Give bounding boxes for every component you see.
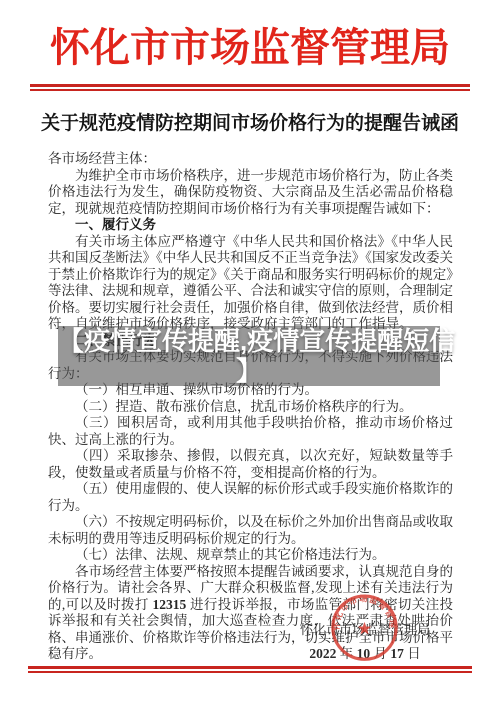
caption-overlay: 【疫情宣传提醒,疫情宣传提醒短信 】 bbox=[58, 326, 440, 386]
signature-block: 怀化市市场监督管理局 2022 年 10 月 17 日 bbox=[295, 619, 435, 662]
footer-divider-thick-line bbox=[28, 666, 472, 669]
footer-divider bbox=[28, 666, 472, 673]
prohibited-item-6: （六）不按规定明码标价，以及在标价之外加价出售商品或收取未标明的费用等违反明码标… bbox=[48, 514, 453, 547]
signature-date-year: 2022 bbox=[309, 646, 336, 661]
signature-agency: 怀化市市场监督管理局 bbox=[295, 619, 435, 638]
signature-date-month: 10 bbox=[357, 646, 371, 661]
letterhead-divider bbox=[30, 84, 470, 91]
footer-divider-thin-line bbox=[28, 671, 472, 673]
salutation: 各市场经营主体： bbox=[48, 151, 453, 168]
prohibited-item-2: （二）捏造、散布涨价信息，扰乱市场价格秩序的行为。 bbox=[48, 399, 453, 416]
section1-paragraph: 有关市场主体应严格遵守《中华人民共和国价格法》《中华人民共和国反垄断法》《中华人… bbox=[48, 234, 453, 333]
prohibited-item-5: （五）使用虚假的、使人误解的标价形式或手段实施价格欺诈的行为。 bbox=[48, 481, 453, 514]
document-body: 各市场经营主体： 为维护全市市场价格秩序，进一步规范市场价格行为，防止各类价格违… bbox=[48, 151, 453, 663]
signature-date: 2022 年 10 月 17 日 bbox=[295, 642, 435, 662]
signature-date-day-unit: 日 bbox=[404, 646, 421, 661]
caption-overlay-closing-bracket: 】 bbox=[58, 357, 440, 385]
document-page: 怀化市市场监督管理局 关于规范疫情防控期间市场价格行为的提醒告诫函 各市场经营主… bbox=[0, 0, 500, 707]
signature-date-year-unit: 年 bbox=[336, 646, 356, 661]
document-title: 关于规范疫情防控期间市场价格行为的提醒告诫函 bbox=[0, 108, 500, 135]
letterhead-agency-title: 怀化市市场监督管理局 bbox=[0, 16, 500, 73]
letterhead-divider-thick-line bbox=[30, 84, 470, 87]
hotline-number: 12315 bbox=[153, 597, 187, 612]
intro-paragraph: 为维护全市市场价格秩序，进一步规范市场价格行为，防止各类价格违法行为发生，确保防… bbox=[48, 168, 453, 218]
prohibited-item-4: （四）采取掺杂、掺假，以假充真，以次充好，短缺数量等手段，使数量或者质量与价格不… bbox=[48, 448, 453, 481]
prohibited-item-3: （三）囤积居奇，或利用其他手段哄抬价格，推动市场价格过快、过高上涨的行为。 bbox=[48, 415, 453, 448]
signature-date-day: 17 bbox=[390, 646, 404, 661]
prohibited-item-7: （七）法律、法规、规章禁止的其它价格违法行为。 bbox=[48, 547, 453, 564]
signature-date-month-unit: 月 bbox=[370, 646, 390, 661]
letterhead-divider-thin-line bbox=[30, 89, 470, 91]
caption-overlay-line1: 【疫情宣传提醒,疫情宣传提醒短信 bbox=[58, 326, 440, 357]
section1-heading: 一、履行义务 bbox=[48, 217, 453, 234]
